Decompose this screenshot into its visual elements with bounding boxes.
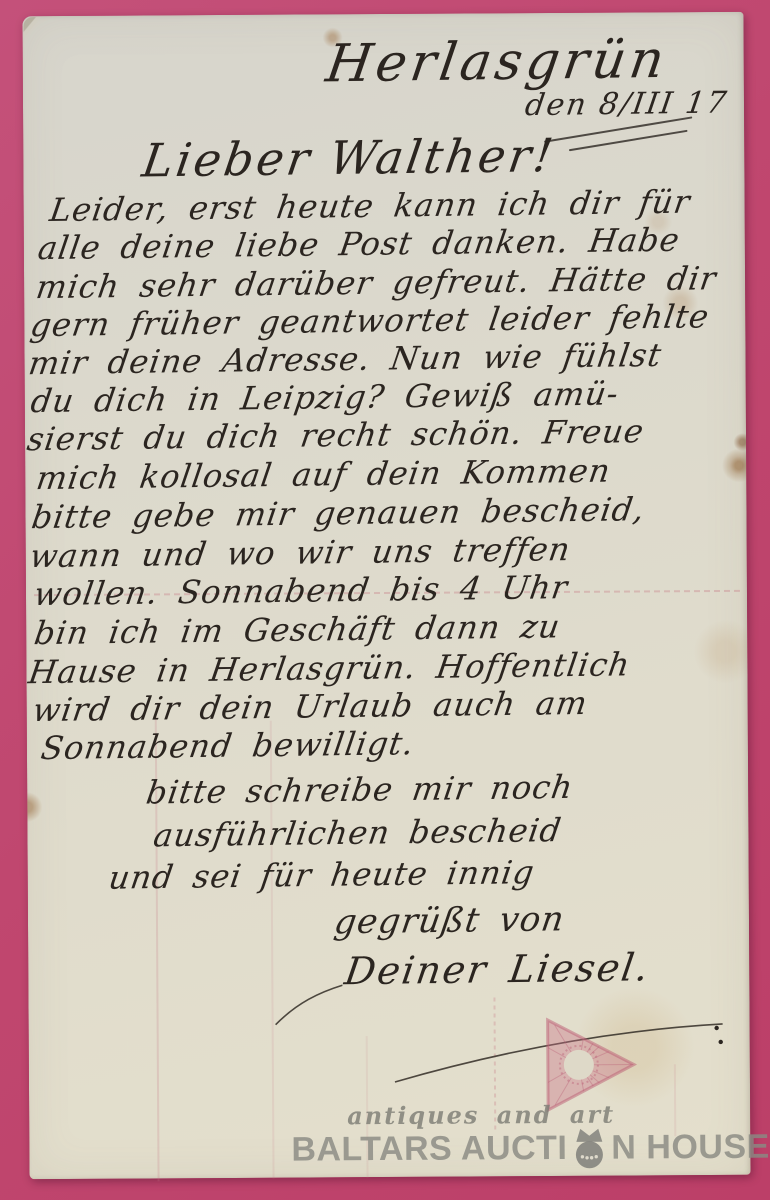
handwriting-line: bitte gebe mir genauen bescheid, [30,493,648,533]
closing-line: und sei für heute innig [107,856,537,894]
handwriting-line: wird dir dein Urlaub auch am [31,687,590,726]
closing-line: gegrüßt von [332,902,567,939]
handwriting-line: bin ich im Geschäft dann zu [32,610,562,649]
handwriting-line: wollen. Sonnabend bis 4 Uhr [32,571,570,610]
watermark-name: BALTARS AUCTI N HOUSE [291,1125,770,1172]
date-line: den 8/III 17 [523,88,730,121]
handwriting-line: wann und wo wir uns treffen [28,533,573,572]
closing-line: bitte schreibe mir noch [144,771,575,809]
handwriting-line: mir deine Adresse. Nun wie fühlst [27,339,664,379]
handwriting-line: Leider, erst heute kann ich dir für [48,186,693,226]
corner-damage [23,17,53,43]
photo-background: Herlasgrün den 8/III 17 Lieber Walther! … [0,0,770,1200]
handwriting-line: mich sehr darüber gefreut. Hätte dir [34,262,719,303]
handwriting-line: sierst du dich recht schön. Freue [25,415,646,455]
handwriting-line: Sonnabend bewilligt. [39,727,416,764]
crown-ball-logo-icon [569,1126,609,1170]
handwriting-line: alle deine liebe Post danken. Habe [36,224,682,264]
pen-flourish [264,970,745,1098]
closing-line: ausführlichen bescheid [152,814,564,851]
triangle-stamp-icon [545,1016,638,1113]
watermark-tagline: antiques and art [347,1103,615,1129]
handwriting-line: gern früher geantwortet leider fehlte [28,300,711,341]
place-name: Herlasgrün [323,34,671,91]
salutation: Lieber Walther! [139,132,558,183]
postcard: Herlasgrün den 8/III 17 Lieber Walther! … [22,12,750,1179]
watermark-name-right: N HOUSE [611,1130,770,1165]
handwriting-line: Hause in Herlasgrün. Hoffentlich [27,648,633,688]
handwriting-line: du dich in Leipzig? Gewiß amü- [29,377,621,417]
handwriting-line: mich kollosal auf dein Kommen [34,455,612,495]
watermark-name-left: BALTARS AUCTI [291,1131,567,1167]
